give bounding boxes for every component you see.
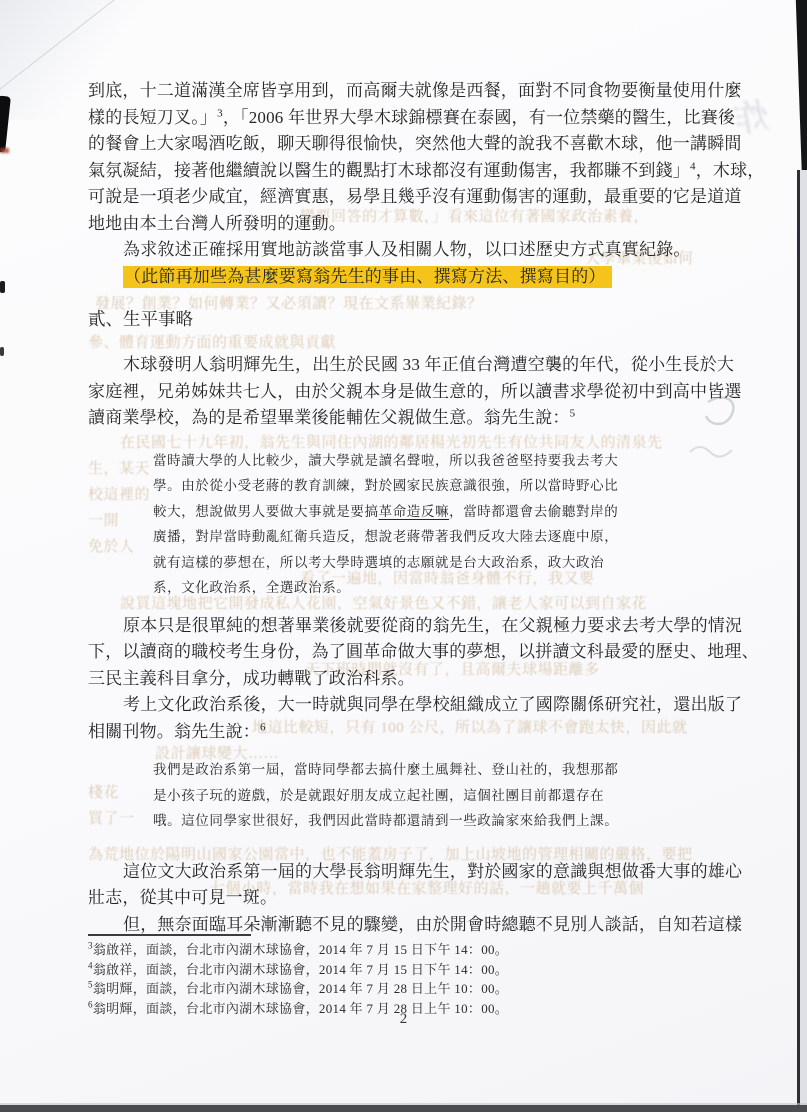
- underlined-phrase: 革命造反嘛: [379, 504, 450, 519]
- quote-line: 當時讀大學的人比較少，讀大學就是讀名聲啦，所以我爸爸堅持要我去考大: [153, 448, 736, 474]
- quote-line: 系，文化政治系，全選政治系。: [153, 575, 736, 601]
- paragraph-3: 木球發明人翁明輝先生，出生於民國 33 年正值台灣遭空襲的年代，從小生長於大 家…: [88, 352, 736, 432]
- body-line: 地地由本土台灣人所發明的運動。: [88, 211, 736, 238]
- footnote-separator: [88, 934, 251, 936]
- binding-mark-red: [0, 148, 9, 153]
- highlighted-note: （此節再加些為甚麼要寫翁先生的事由、撰寫方法、撰寫目的）: [123, 266, 612, 288]
- body-line: 考上文化政治系後，大一時就與同學在學校組織成立了國際關係研究社，還出版了: [88, 692, 736, 719]
- paragraph-1: 到底，十二道滿漢全席皆享用到，而高爾夫就像是西餐，面對不同食物要衡量使用什麼 樣…: [88, 78, 736, 237]
- paragraph-6: 這位文大政治系第一屆的大學長翁明輝先生，對於國家的意識與想做番大事的雄心 壯志，…: [88, 859, 736, 912]
- quote-block-1: 當時讀大學的人比較少，讀大學就是讀名聲啦，所以我爸爸堅持要我去考大 學。由於從小…: [88, 448, 736, 601]
- quote-line: 學。由於從小受老蔣的教育訓練，對於國家民族意識很強，所以當時野心比: [153, 473, 736, 499]
- section-heading: 貳、生平事略: [88, 306, 736, 333]
- body-line: 樣的長短刀叉。」3，「2006 年世界大學木球錦標賽在泰國，有一位禁藥的醫生，比…: [88, 105, 736, 132]
- body-line: 的餐會上大家喝酒吃飯，聊天聊得很愉快，突然他大聲的說我不喜歡木球，他一講瞬間: [88, 131, 736, 158]
- page-edge-shadow: [793, 0, 807, 178]
- scan-speck: [0, 281, 5, 293]
- highlight-line: （此節再加些為甚麼要寫翁先生的事由、撰寫方法、撰寫目的）: [88, 264, 736, 292]
- footnote-ref: 6: [260, 721, 266, 733]
- body-line: 氣氛凝結，接著他繼續說以醫生的觀點打木球都沒有運動傷害，我都賺不到錢」4，木球，: [88, 158, 736, 185]
- quote-line: 是小孩子玩的遊戲，於是就跟好朋友成立起社團，這個社團目前都還存在: [153, 783, 736, 809]
- document-content: 到底，十二道滿漢全席皆享用到，而高爾夫就像是西餐，面對不同食物要衡量使用什麼 樣…: [88, 78, 736, 938]
- quote-line: 較大，想說做男人要做大事就是要搞革命造反嘛，當時都還會去偷聽對岸的: [153, 499, 736, 525]
- paragraph-2: 為求敘述正確採用實地訪談當事人及相關人物，以口述歷史方式真實紀錄。: [88, 237, 736, 264]
- body-line: 讀商業學校，為的是希望畢業後能輔佐父親做生意。翁先生說：5: [88, 405, 736, 432]
- quote-line: 就有這樣的夢想在，所以考大學時選填的志願就是台大政治系，政大政治: [153, 550, 736, 576]
- scanner-bottom-strip: [0, 1105, 807, 1112]
- body-line: 家庭裡，兄弟姊妹共七人，由於父親本身是做生意的，所以讀書求學從初中到高中皆選: [88, 379, 736, 406]
- body-line: 壯志，從其中可見一斑。: [88, 885, 736, 912]
- body-line: 木球發明人翁明輝先生，出生於民國 33 年正值台灣遭空襲的年代，從小生長於大: [88, 352, 736, 379]
- quote-block-2: 我們是政治系第一屆，當時同學都去搞什麼土風舞社、登山社的，我想那都 是小孩子玩的…: [88, 757, 736, 834]
- body-line: 這位文大政治系第一屆的大學長翁明輝先生，對於國家的意識與想做番大事的雄心: [88, 859, 736, 886]
- body-line: 下，以讀商的職校考生身份，為了圓革命做大事的夢想，以拼讀文科最愛的歷史、地理、: [88, 639, 736, 666]
- paragraph-5: 考上文化政治系後，大一時就與同學在學校組織成立了國際關係研究社，還出版了 相關刊…: [88, 692, 736, 745]
- quote-line: 廣播，對岸當時動亂紅衛兵造反，想說老蔣帶著我們反攻大陸去逐鹿中原，: [153, 524, 736, 550]
- footnotes: 3翁啟祥，面談，台北市內湖木球協會，2014 年 7 月 15 日下午 14：0…: [88, 940, 728, 1018]
- quote-line: 我們是政治系第一屆，當時同學都去搞什麼土風舞社、登山社的，我想那都: [153, 757, 736, 783]
- body-line: 三民主義科目拿分，成功轉戰了政治科系。: [88, 666, 736, 693]
- body-line: 到底，十二道滿漢全席皆享用到，而高爾夫就像是西餐，面對不同食物要衡量使用什麼: [88, 78, 736, 105]
- footnote-ref: 5: [570, 407, 576, 419]
- footnote: 4翁啟祥，面談，台北市內湖木球協會，2014 年 7 月 15 日下午 14：0…: [88, 960, 728, 980]
- scanner-background: [800, 170, 807, 1112]
- footnote: 5翁明輝，面談，台北市內湖木球協會，2014 年 7 月 28 日上午 10：0…: [88, 979, 728, 999]
- binding-mark: [0, 95, 11, 152]
- paragraph-4: 原本只是很單純的想著畢業後就要從商的翁先生，在父親極力要求去考大學的情況 下，以…: [88, 613, 736, 693]
- quote-line: 哦。這位同學家世很好，我們因此當時都還請到一些政論家來給我們上課。: [153, 808, 736, 834]
- body-line: 相關刊物。翁先生說：6: [88, 719, 736, 746]
- footnote: 3翁啟祥，面談，台北市內湖木球協會，2014 年 7 月 15 日下午 14：0…: [88, 940, 728, 960]
- scan-speck: [0, 347, 4, 356]
- body-line: 原本只是很單純的想著畢業後就要從商的翁先生，在父親極力要求去考大學的情況: [88, 613, 736, 640]
- scanned-page: 炸 變要回答的才算數，」看來這位有著國家政治素養， 大學畢業後如何 發展？創業？…: [0, 0, 807, 1112]
- body-line: 可說是一項老少咸宜，經濟實惠，易學且幾乎沒有運動傷害的運動，最重要的它是道道: [88, 184, 736, 211]
- page-number: 2: [0, 1011, 807, 1028]
